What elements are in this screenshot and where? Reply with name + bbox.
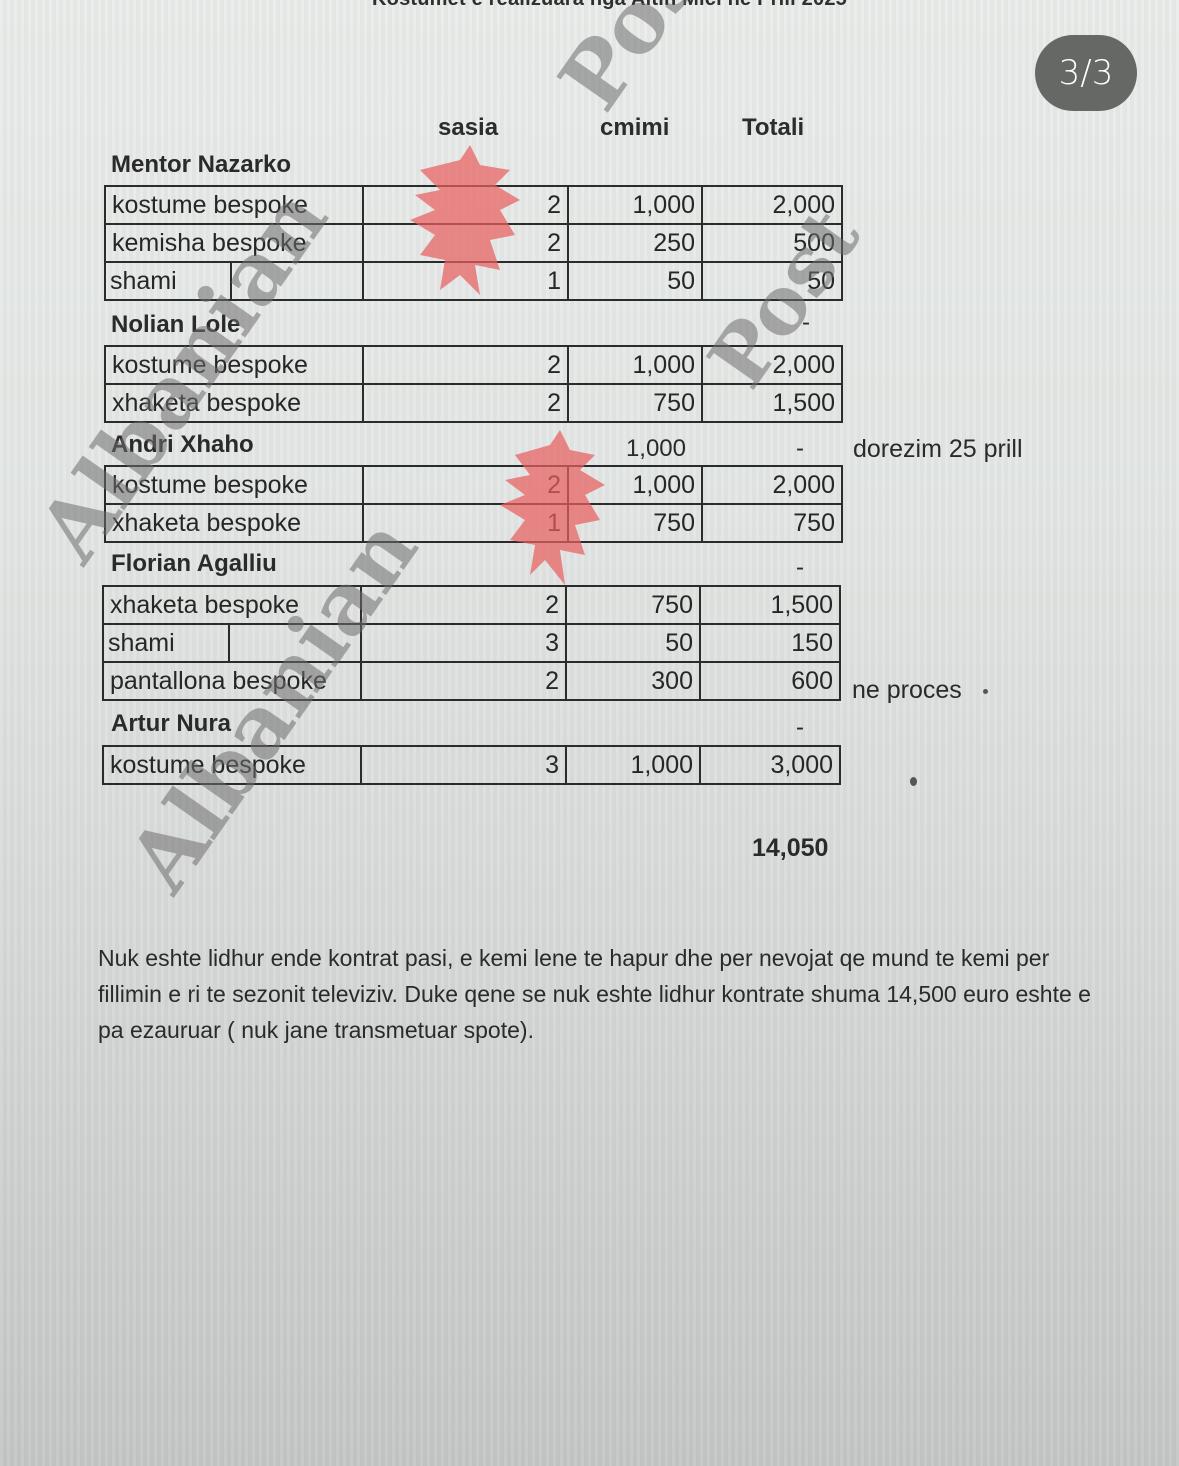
column-header-total: Totali	[742, 114, 804, 142]
item-price: 1,000	[568, 466, 702, 504]
table-row: xhaketa bespoke 2 750 1,500	[103, 586, 840, 624]
item-total: 3,000	[700, 746, 840, 784]
item-price: 250	[568, 224, 702, 262]
document-title: Kostumet e realizuara nga Altin Mici ne …	[0, 0, 1179, 11]
item-total: 500	[702, 224, 842, 262]
footnote: Nuk eshte lidhur ende kontrat pasi, e ke…	[98, 940, 1108, 1048]
status-note: ne proces	[852, 676, 962, 705]
delivery-note: dorezim 25 prill	[853, 435, 1023, 464]
column-header-quantity: sasia	[438, 114, 498, 142]
client-items-table: kostume bespoke 2 1,000 2,000 kemisha be…	[104, 185, 843, 301]
item-name: kemisha bespoke	[105, 224, 363, 262]
item-name: kostume bespoke	[105, 346, 363, 384]
client-name: Artur Nura	[111, 710, 231, 738]
item-name: kostume bespoke	[103, 746, 361, 784]
item-total: 50	[702, 262, 842, 300]
item-price: 750	[566, 586, 700, 624]
item-name: xhaketa bespoke	[105, 384, 363, 422]
client-items-table: kostume bespoke 3 1,000 3,000	[102, 745, 841, 785]
item-total: 1,500	[700, 586, 840, 624]
item-quantity: 1	[363, 262, 568, 300]
client-name: Nolian Lole	[111, 311, 240, 339]
item-price: 1,000	[568, 186, 702, 224]
item-quantity: 2	[363, 346, 568, 384]
item-price: 50	[568, 262, 702, 300]
item-total: 600	[700, 662, 840, 700]
column-header-price: cmimi	[600, 114, 669, 142]
item-total: 2,000	[702, 186, 842, 224]
client-header-total: -	[790, 554, 804, 582]
mark-dot	[910, 777, 917, 786]
item-total: 1,500	[702, 384, 842, 422]
item-name: pantallona bespoke	[103, 662, 361, 700]
item-quantity: 3	[361, 624, 566, 662]
client-name: Andri Xhaho	[111, 431, 254, 459]
client-name: Florian Agalliu	[111, 550, 277, 578]
table-row: kostume bespoke 2 1,000 2,000	[105, 466, 842, 504]
item-price: 300	[566, 662, 700, 700]
table-row: shami 3 50 150	[103, 624, 840, 662]
item-quantity: 2	[361, 586, 566, 624]
client-header-price: 1,000	[600, 435, 686, 463]
item-name: shami	[110, 263, 232, 299]
client-items-table: kostume bespoke 2 1,000 2,000 xhaketa be…	[104, 345, 843, 423]
item-quantity: 2	[363, 466, 568, 504]
table-row: kostume bespoke 2 1,000 2,000	[105, 186, 842, 224]
item-name-cell: shami	[105, 262, 363, 300]
item-name: kostume bespoke	[105, 466, 363, 504]
client-header-total: -	[790, 309, 810, 337]
item-quantity: 2	[363, 186, 568, 224]
table-row: kostume bespoke 3 1,000 3,000	[103, 746, 840, 784]
table-row: pantallona bespoke 2 300 600	[103, 662, 840, 700]
watermark-post: Post	[540, 0, 742, 128]
table-row: xhaketa bespoke 1 750 750	[105, 504, 842, 542]
item-price: 750	[568, 384, 702, 422]
client-header-total: -	[790, 435, 804, 463]
item-total: 750	[702, 504, 842, 542]
item-quantity: 2	[363, 384, 568, 422]
client-name: Mentor Nazarko	[111, 151, 291, 179]
table-row: kostume bespoke 2 1,000 2,000	[105, 346, 842, 384]
item-price: 1,000	[566, 746, 700, 784]
item-quantity: 3	[361, 746, 566, 784]
item-quantity: 2	[361, 662, 566, 700]
mark-dot	[983, 689, 988, 694]
item-total: 150	[700, 624, 840, 662]
page-indicator-badge[interactable]: 3/3	[1035, 35, 1137, 111]
table-row: shami 1 50 50	[105, 262, 842, 300]
client-items-table: kostume bespoke 2 1,000 2,000 xhaketa be…	[104, 465, 843, 543]
client-items-table: xhaketa bespoke 2 750 1,500 shami 3 50 1…	[102, 585, 841, 701]
item-total: 2,000	[702, 466, 842, 504]
client-header-total: -	[790, 714, 804, 742]
item-name-cell: shami	[103, 624, 361, 662]
item-price: 1,000	[568, 346, 702, 384]
item-quantity: 1	[363, 504, 568, 542]
grand-total: 14,050	[752, 834, 828, 863]
item-quantity: 2	[363, 224, 568, 262]
item-price: 50	[566, 624, 700, 662]
item-name: xhaketa bespoke	[105, 504, 363, 542]
item-price: 750	[568, 504, 702, 542]
item-name: xhaketa bespoke	[103, 586, 361, 624]
table-row: kemisha bespoke 2 250 500	[105, 224, 842, 262]
item-name: kostume bespoke	[105, 186, 363, 224]
item-total: 2,000	[702, 346, 842, 384]
item-name: shami	[108, 625, 230, 661]
table-row: xhaketa bespoke 2 750 1,500	[105, 384, 842, 422]
